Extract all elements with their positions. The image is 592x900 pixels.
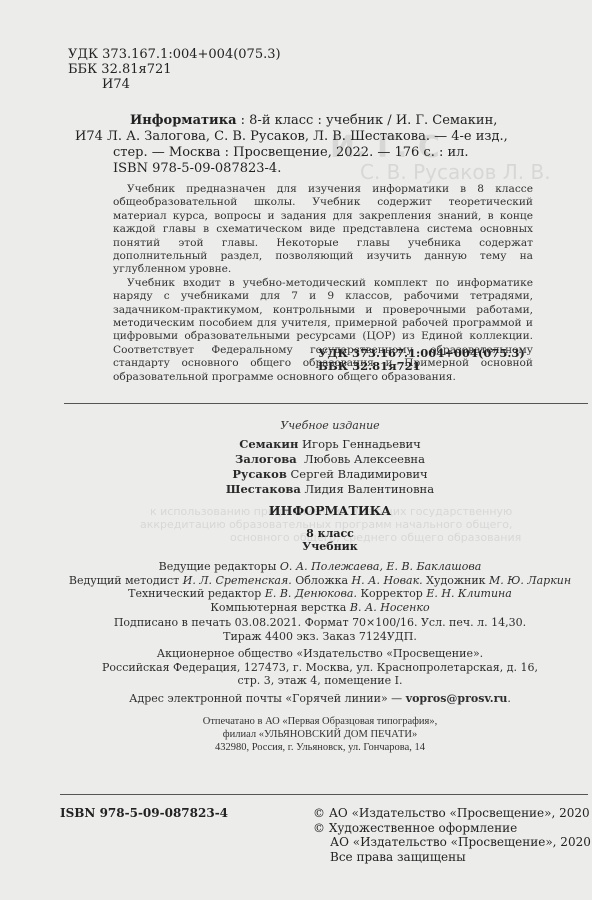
copyright-icon: © [313,806,325,820]
imprint-page: И. Г. С С. В. Русаков Л. В. к использова… [0,0,592,900]
print-info: Подписано в печать 03.08.2021. Формат 70… [40,616,592,643]
author-mark: И74 [68,77,281,92]
edition-type: Учебное издание [80,419,580,432]
biblio-isbn: ISBN 978-5-09-087823-4. [75,161,545,177]
printer-info: Отпечатано в АО «Первая Образцовая типог… [40,715,592,754]
book-title: ИНФОРМАТИКА [80,503,580,518]
publisher-line: Акционерное общество «Издательство «Прос… [40,647,592,661]
divider [64,403,588,404]
copyright-line: © АО «Издательство «Просвещение», 2020 [313,806,591,821]
isbn: ISBN 978-5-09-087823-4 [60,806,228,820]
credit-line: Ведущие редакторы О. А. Полежаева, Е. В.… [40,560,592,574]
hotline: Адрес электронной почты «Горячей линии» … [40,692,592,705]
divider [60,794,588,795]
bibliographic-record: Информатика : 8-й класс : учебник / И. Г… [75,113,545,177]
editorial-credits: Ведущие редакторы О. А. Полежаева, Е. В.… [40,560,592,614]
copyright-line: АО «Издательство «Просвещение», 2020 [313,835,591,850]
copyright-block: © АО «Издательство «Просвещение», 2020 ©… [313,806,591,864]
printer-line: филиал «УЛЬЯНОВСКИЙ ДОМ ПЕЧАТИ» [40,728,592,741]
copyright-icon: © [313,821,325,835]
author-entry: Семакин Игорь Геннадьевич [80,437,580,452]
printer-line: Отпечатано в АО «Первая Образцовая типог… [40,715,592,728]
print-info-line: Тираж 4400 экз. Заказ 7124УДП. [40,630,592,644]
printer-line: 432980, Россия, г. Ульяновск, ул. Гончар… [40,741,592,754]
biblio-title: Информатика [130,113,237,128]
grade: 8 класс [80,527,580,540]
credit-line: Компьютерная верстка В. А. Носенко [40,601,592,615]
author-entry: Русаков Сергей Владимирович [80,467,580,482]
publisher-info: Акционерное общество «Издательство «Прос… [40,647,592,688]
classification-block-top: УДК 373.167.1:004+004(075.3) ББК 32.81я7… [68,47,281,92]
udk-code: УДК 373.167.1:004+004(075.3) [68,47,281,62]
authors-list: Семакин Игорь Геннадьевич Залогова Любов… [80,437,580,497]
credit-line: Ведущий методист И. Л. Сретенская. Облож… [40,574,592,588]
publisher-line: Российская Федерация, 127473, г. Москва,… [40,661,592,675]
biblio-line-2: И74 Л. А. Залогова, С. В. Русаков, Л. В.… [75,129,545,145]
rights-reserved: Все права защищены [313,850,591,865]
publisher-line: стр. 3, этаж 4, помещение I. [40,674,592,688]
book-type: Учебник [80,540,580,553]
copyright-line: © Художественное оформление [313,821,591,836]
biblio-line-1: Информатика : 8-й класс : учебник / И. Г… [75,113,545,129]
author-entry: Залогова Любовь Алексеевна [80,452,580,467]
bbk-code: ББК 32.81я721 [318,360,525,373]
bbk-code: ББК 32.81я721 [68,62,281,77]
credit-line: Технический редактор Е. В. Денюкова. Кор… [40,587,592,601]
author-entry: Шестакова Лидия Валентиновна [80,482,580,497]
hotline-email: vopros@prosv.ru [406,692,508,705]
biblio-line-3: стер. — Москва : Просвещение, 2022. — 17… [75,145,545,161]
annotation-paragraph: Учебник предназначен для изучения информ… [113,183,533,277]
classification-block-mid: УДК 373.167.1:004+004(075.3) ББК 32.81я7… [318,347,525,373]
print-info-line: Подписано в печать 03.08.2021. Формат 70… [40,616,592,630]
grade-block: 8 класс Учебник [80,527,580,553]
